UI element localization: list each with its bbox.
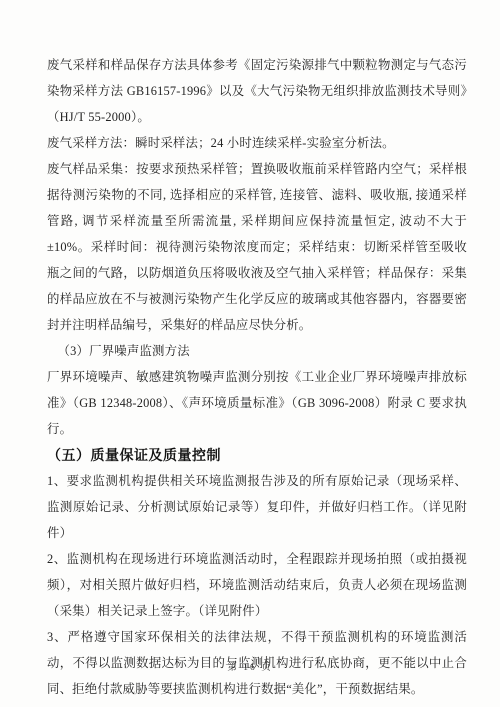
section-heading-quality-assurance: （五）质量保证及质量控制 — [47, 442, 467, 468]
paragraph-waste-gas-sampling-reference: 废气采样和样品保存方法具体参考《固定污染源排气中颗粒物测定与气态污染物采样方法 … — [47, 52, 467, 130]
list-item-2-onsite-monitoring: 2、监测机构在现场进行环境监测活动时，全程跟踪并现场拍照（或拍摄视频），对相关照… — [47, 546, 467, 624]
page-number: 第 16 页 — [0, 659, 500, 673]
document-page: 废气采样和样品保存方法具体参考《固定污染源排气中颗粒物测定与气态污染物采样方法 … — [0, 0, 500, 707]
paragraph-noise-monitoring-standards: 厂界环境噪声、敏感建筑物噪声监测分别按《工业企业厂界环境噪声排放标准》（GB 1… — [47, 364, 467, 442]
paragraph-waste-gas-sampling-methods: 废气采样方法：瞬时采样法；24 小时连续采样-实验室分析法。 — [47, 130, 467, 156]
document-body: 废气采样和样品保存方法具体参考《固定污染源排气中颗粒物测定与气态污染物采样方法 … — [47, 52, 467, 702]
paragraph-waste-gas-sample-collection: 废气样品采集：按要求预热采样管；置换吸收瓶前采样管路内空气；采样根据待测污染物的… — [47, 156, 467, 338]
list-item-1-original-records: 1、要求监测机构提供相关环境监测报告涉及的所有原始记录（现场采样、监测原始记录、… — [47, 468, 467, 546]
subheading-boundary-noise-monitoring: （3）厂界噪声监测方法 — [47, 338, 467, 364]
